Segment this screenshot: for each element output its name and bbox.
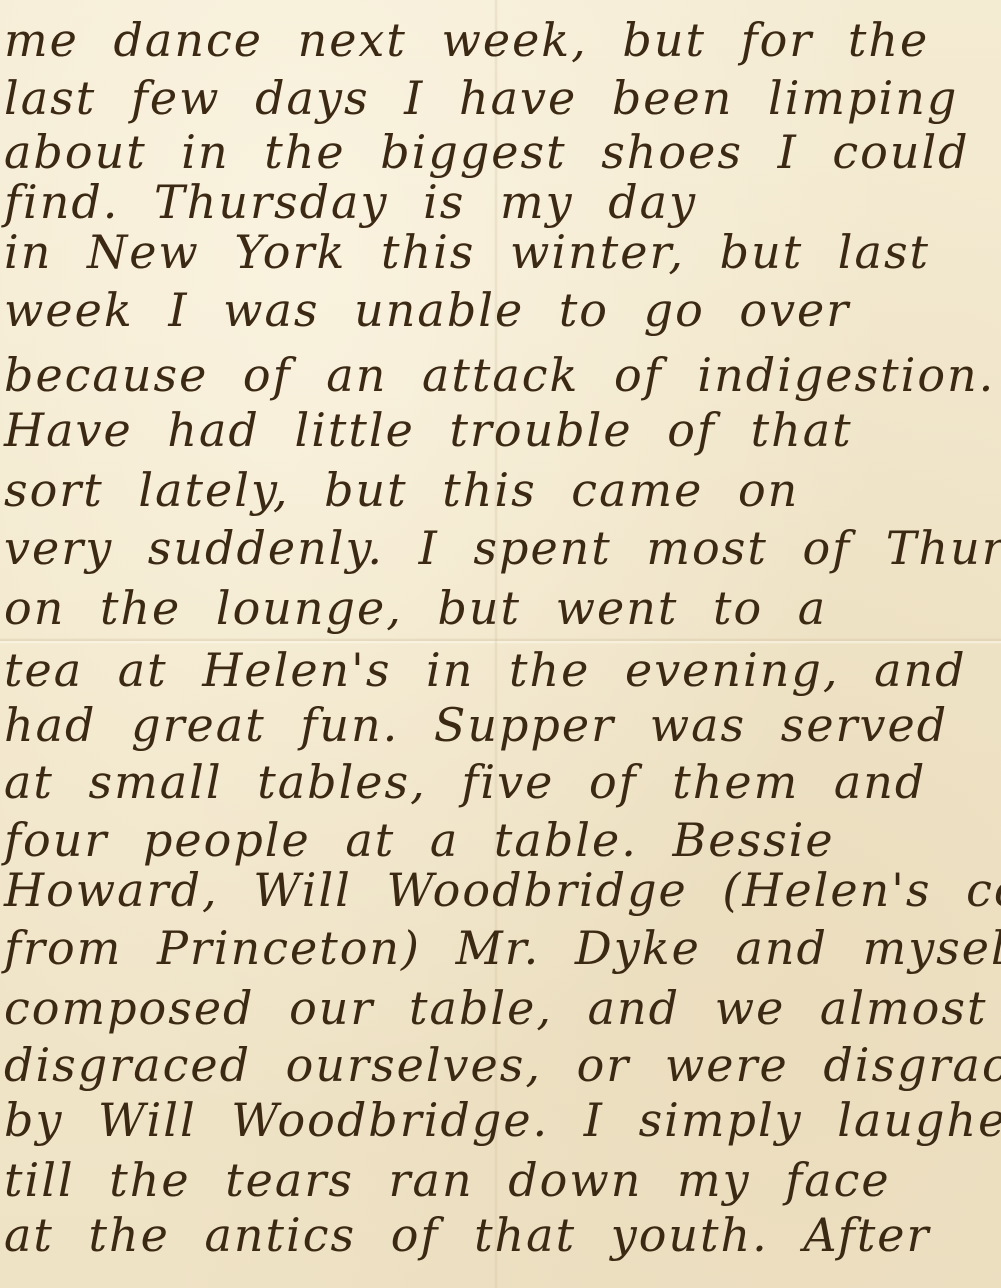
text-line: Howard, Will Woodbridge (Helen's cousin xyxy=(4,860,1001,920)
text-line: very suddenly. I spent most of Thurs. xyxy=(4,518,1001,578)
text-line: till the tears ran down my face xyxy=(4,1150,1001,1210)
text-line: week I was unable to go over xyxy=(4,280,1001,340)
text-line: on the lounge, but went to a xyxy=(4,578,1001,638)
text-line: tea at Helen's in the evening, and xyxy=(4,640,1001,700)
text-line: composed our table, and we almost xyxy=(4,978,1001,1038)
text-line: sort lately, but this came on xyxy=(4,460,1001,520)
text-line: disgraced ourselves, or were disgraced xyxy=(4,1035,1001,1095)
text-line: from Princeton) Mr. Dyke and myself xyxy=(4,918,1001,978)
text-line: in New York this winter, but last xyxy=(4,222,1001,282)
text-line: at the antics of that youth. After xyxy=(4,1205,1001,1265)
text-line: because of an attack of indigestion. xyxy=(4,345,1001,405)
text-line: last few days I have been limping xyxy=(4,68,1001,128)
text-line: Have had little trouble of that xyxy=(4,400,1001,460)
text-line: had great fun. Supper was served xyxy=(4,695,1001,755)
text-line: by Will Woodbridge. I simply laughed xyxy=(4,1090,1001,1150)
text-line: me dance next week, but for the xyxy=(4,10,1001,70)
text-line: at small tables, five of them and xyxy=(4,752,1001,812)
letter-page: me dance next week, but for the last few… xyxy=(0,0,1001,1288)
